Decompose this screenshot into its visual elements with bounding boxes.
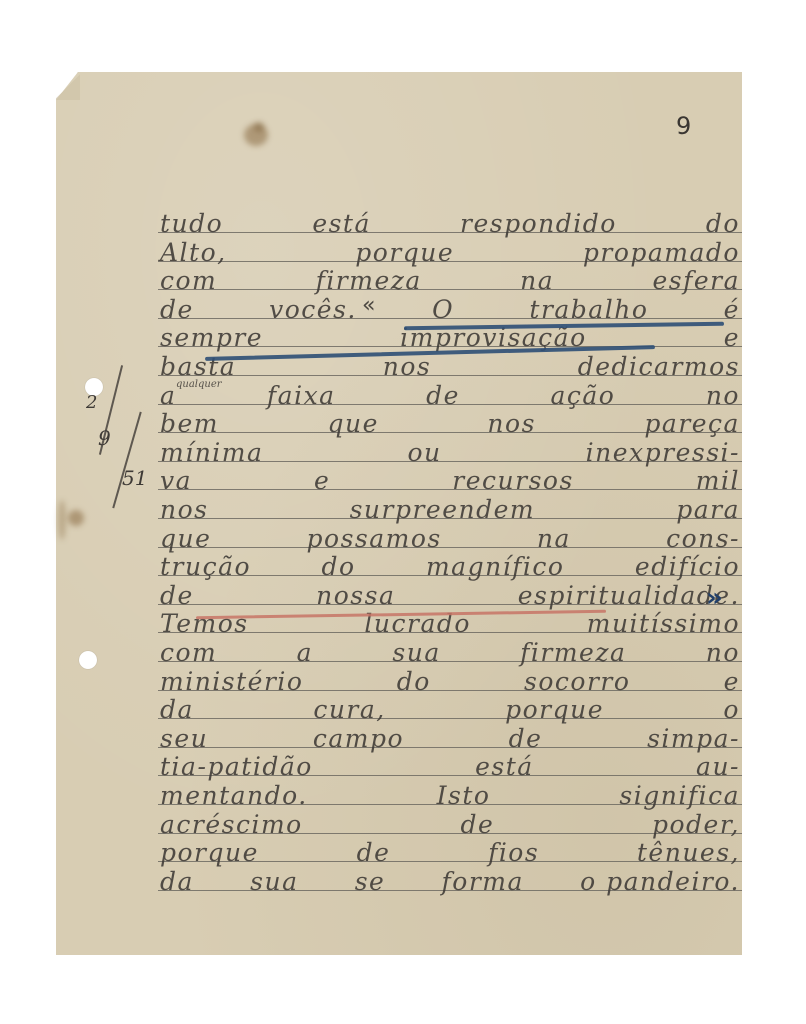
- word: surpreendem: [350, 497, 536, 522]
- text-line: nossurpreendempara: [160, 494, 740, 522]
- text-line: comfirmezanaesfera: [160, 265, 740, 293]
- text-line: ministériodosocorroe: [160, 666, 740, 694]
- word: para: [676, 497, 740, 522]
- word: muitíssimo: [587, 611, 740, 636]
- word: bem: [160, 411, 219, 436]
- word: seu: [160, 726, 208, 751]
- word: socorro: [524, 669, 630, 694]
- stain: [68, 510, 84, 526]
- text-line: mínimaouinexpressi-: [160, 437, 740, 465]
- word: nossa: [316, 583, 395, 608]
- text-line: quepossamosnacons-: [160, 523, 740, 551]
- word: trabalho: [529, 297, 648, 322]
- word: ou: [407, 440, 441, 465]
- stain: [58, 500, 66, 540]
- text-line: devocês.Otrabalhoé: [160, 294, 740, 322]
- word: porque: [505, 697, 604, 722]
- word: na: [520, 268, 554, 293]
- word: se: [355, 869, 386, 894]
- word: faixa: [267, 383, 336, 408]
- word: da: [160, 697, 194, 722]
- word: de: [160, 583, 194, 608]
- word: esfera: [652, 268, 740, 293]
- word: com: [160, 268, 217, 293]
- word: O: [432, 297, 454, 322]
- word: firmeza: [316, 268, 422, 293]
- word: cura,: [313, 697, 385, 722]
- word: mínima: [160, 440, 263, 465]
- closing-quote: »: [706, 583, 723, 613]
- word: tia-patidão: [160, 754, 313, 779]
- word: está: [475, 754, 534, 779]
- page-number: 9: [676, 112, 691, 140]
- word: ministério: [160, 669, 303, 694]
- word: porque: [160, 840, 259, 865]
- word: cons-: [666, 526, 740, 551]
- word: Alto,: [160, 240, 227, 265]
- word: no: [706, 640, 740, 665]
- word: no: [706, 383, 740, 408]
- word: porque: [355, 240, 454, 265]
- word: dedicarmos: [578, 354, 740, 379]
- word: vocês.: [269, 297, 357, 322]
- text-line: porquedefiostênues,: [160, 837, 740, 865]
- word: respondido: [460, 211, 617, 236]
- word: de: [426, 383, 460, 408]
- word: forma: [442, 869, 524, 894]
- word: o: [723, 697, 740, 722]
- text-line: tia-patidãoestáau-: [160, 751, 740, 779]
- word: mil: [696, 468, 740, 493]
- date-slash: [112, 412, 141, 509]
- word: possamos: [307, 526, 442, 551]
- word: de: [160, 297, 194, 322]
- word: do: [706, 211, 740, 236]
- interlinear-insert: qualquer: [176, 379, 222, 390]
- margin-date: 2 9 51: [84, 390, 164, 500]
- word: da: [160, 869, 194, 894]
- word: tênues,: [637, 840, 740, 865]
- word: significa: [619, 783, 740, 808]
- word: de: [357, 840, 391, 865]
- word: e: [724, 669, 740, 694]
- word: na: [537, 526, 571, 551]
- word: acréscimo: [160, 812, 303, 837]
- word: nos: [383, 354, 431, 379]
- word: de: [509, 726, 543, 751]
- date-day: 2: [86, 392, 97, 413]
- word: au-: [696, 754, 740, 779]
- word: Isto: [437, 783, 491, 808]
- word: sempre: [160, 325, 263, 350]
- text-line: afaixadeaçãono: [160, 380, 740, 408]
- word: o pandeiro.: [580, 869, 740, 894]
- word: é: [724, 297, 740, 322]
- text-line: mentando.Istosignifica: [160, 780, 740, 808]
- punch-hole: [79, 651, 97, 669]
- word: e: [314, 468, 330, 493]
- word: com: [160, 640, 217, 665]
- text-line: denossaespiritualidade.: [160, 580, 740, 608]
- word: edifício: [635, 554, 740, 579]
- text-line: tudoestárespondidodo: [160, 208, 740, 236]
- text-line: dasuaseformao pandeiro.: [160, 866, 740, 894]
- word: que: [328, 411, 379, 436]
- word: trução: [160, 554, 251, 579]
- word: nos: [487, 411, 535, 436]
- word: propamado: [583, 240, 740, 265]
- word: do: [321, 554, 355, 579]
- word: va: [160, 468, 192, 493]
- word: recursos: [452, 468, 574, 493]
- text-line: bemquenospareça: [160, 408, 740, 436]
- text-line: seucampodesimpa-: [160, 723, 740, 751]
- word: sua: [392, 640, 440, 665]
- word: ação: [550, 383, 615, 408]
- stain: [254, 122, 264, 132]
- word: firmeza: [520, 640, 626, 665]
- date-year: 51: [122, 466, 147, 490]
- text-line: vaerecursosmil: [160, 465, 740, 493]
- word: a: [160, 383, 176, 408]
- word: do: [397, 669, 431, 694]
- date-month: 9: [98, 426, 111, 450]
- word: inexpressi-: [586, 440, 740, 465]
- word: de: [460, 812, 494, 837]
- word: mentando.: [160, 783, 308, 808]
- word: campo: [313, 726, 404, 751]
- text-line: acréscimodepoder,: [160, 809, 740, 837]
- word: sua: [250, 869, 298, 894]
- opening-quote: «: [362, 293, 375, 318]
- word: pareça: [644, 411, 740, 436]
- folded-corner: [56, 72, 80, 100]
- word: que: [160, 526, 211, 551]
- word: fios: [488, 840, 539, 865]
- word: a: [297, 640, 313, 665]
- word: poder,: [652, 812, 740, 837]
- word: simpa-: [647, 726, 740, 751]
- word: magnífico: [426, 554, 565, 579]
- text-line: Alto,porquepropamado: [160, 237, 740, 265]
- text-line: truçãodomagníficoedifício: [160, 551, 740, 579]
- text-line: dacura,porqueo: [160, 694, 740, 722]
- word: está: [312, 211, 371, 236]
- text-line: comasuafirmezano: [160, 637, 740, 665]
- word: tudo: [160, 211, 223, 236]
- word: nos: [160, 497, 208, 522]
- word: e: [724, 325, 740, 350]
